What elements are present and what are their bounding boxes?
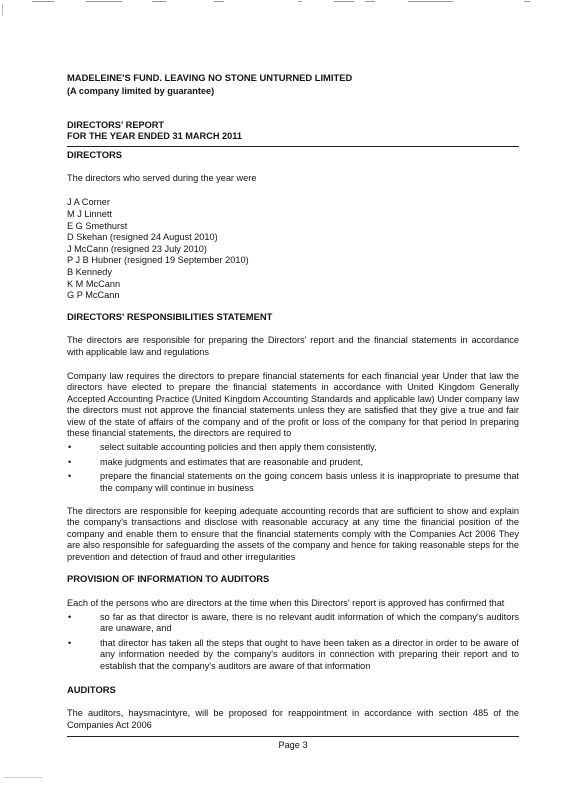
responsibilities-bullets: •select suitable accounting policies and… bbox=[67, 442, 519, 494]
auditors-heading: AUDITORS bbox=[67, 684, 519, 695]
company-type: (A company limited by guarantee) bbox=[67, 86, 519, 97]
bullet-item: •prepare the financial statements on the… bbox=[67, 471, 519, 494]
directors-intro: The directors who served during the year… bbox=[67, 173, 519, 184]
responsibilities-para-2: Company law requires the directors to pr… bbox=[67, 371, 519, 439]
responsibilities-para-1: The directors are responsible for prepar… bbox=[67, 335, 519, 358]
directors-heading: DIRECTORS bbox=[67, 149, 519, 160]
director-item: G P McCann bbox=[67, 290, 519, 302]
provision-bullets: •so far as that director is aware, there… bbox=[67, 612, 519, 672]
footer-rule bbox=[67, 736, 519, 737]
scan-edge-mark bbox=[4, 777, 42, 778]
header-rule bbox=[67, 146, 519, 147]
director-item: P J B Hubner (resigned 19 September 2010… bbox=[67, 255, 519, 267]
director-item: B Kennedy bbox=[67, 267, 519, 279]
bullet-item: •select suitable accounting policies and… bbox=[67, 442, 519, 453]
company-name: MADELEINE'S FUND. LEAVING NO STONE UNTUR… bbox=[67, 72, 519, 83]
responsibilities-heading: DIRECTORS' RESPONSIBILITIES STATEMENT bbox=[67, 311, 519, 322]
scan-edge-mark bbox=[2, 4, 3, 16]
bullet-icon: • bbox=[68, 638, 71, 649]
director-item: D Skehan (resigned 24 August 2010) bbox=[67, 232, 519, 244]
report-title: DIRECTORS' REPORT bbox=[67, 120, 519, 131]
bullet-item: •make judgments and estimates that are r… bbox=[67, 457, 519, 468]
scan-artifacts bbox=[0, 0, 567, 14]
director-item: M J Linnett bbox=[67, 209, 519, 221]
auditors-text: The auditors, haysmacintyre, will be pro… bbox=[67, 708, 519, 731]
responsibilities-para-3: The directors are responsible for keepin… bbox=[67, 506, 519, 563]
provision-intro: Each of the persons who are directors at… bbox=[67, 598, 519, 609]
page-footer: Page 3 bbox=[67, 736, 519, 750]
bullet-icon: • bbox=[68, 457, 71, 468]
document-page: MADELEINE'S FUND. LEAVING NO STONE UNTUR… bbox=[67, 72, 519, 731]
directors-list: J A Corner M J Linnett E G Smethurst D S… bbox=[67, 197, 519, 301]
page-number: Page 3 bbox=[67, 740, 519, 750]
provision-heading: PROVISION OF INFORMATION TO AUDITORS bbox=[67, 573, 519, 584]
bullet-item: •that director has taken all the steps t… bbox=[67, 638, 519, 672]
report-period: FOR THE YEAR ENDED 31 MARCH 2011 bbox=[67, 131, 519, 142]
bullet-item: •so far as that director is aware, there… bbox=[67, 612, 519, 635]
director-item: J McCann (resigned 23 July 2010) bbox=[67, 244, 519, 256]
bullet-icon: • bbox=[68, 442, 71, 453]
bullet-icon: • bbox=[68, 612, 71, 623]
director-item: K M McCann bbox=[67, 279, 519, 291]
director-item: J A Corner bbox=[67, 197, 519, 209]
director-item: E G Smethurst bbox=[67, 221, 519, 233]
bullet-icon: • bbox=[68, 471, 71, 482]
